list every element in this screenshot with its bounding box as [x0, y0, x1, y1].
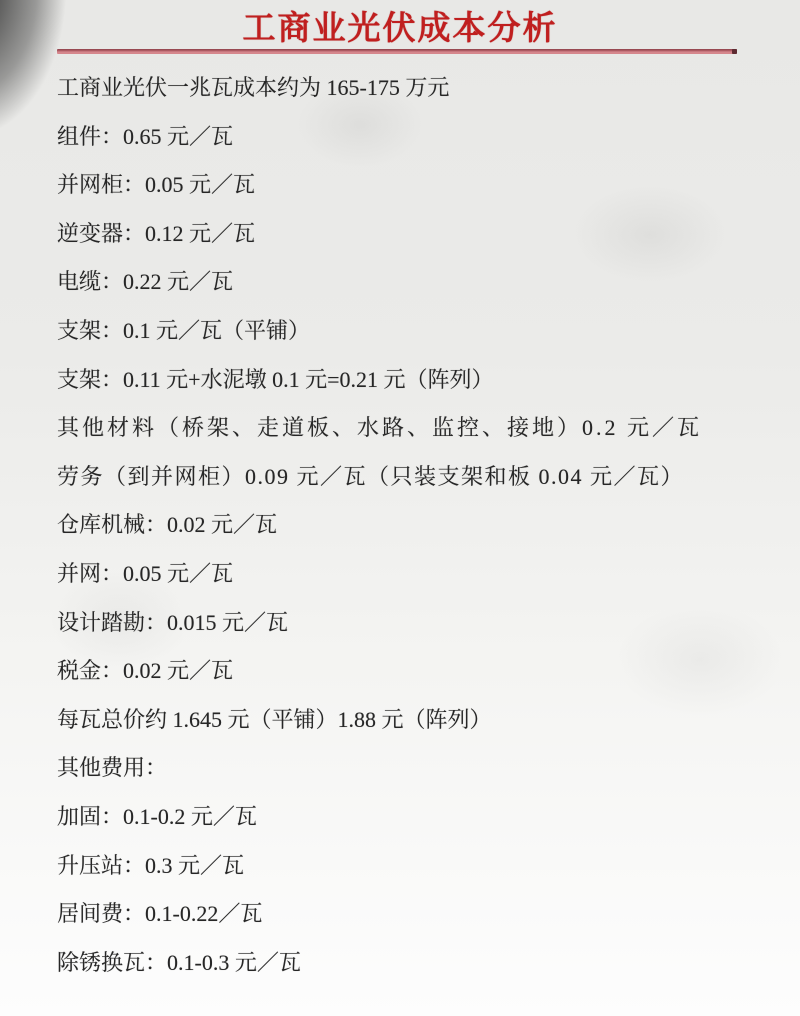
- doc-line-booster-station: 升压站：0.3 元／瓦: [57, 854, 760, 877]
- doc-line-rack-flat: 支架：0.1 元／瓦（平铺）: [57, 319, 760, 342]
- doc-line-grid-connect: 并网：0.05 元／瓦: [57, 562, 760, 585]
- doc-line-other-fees-head: 其他费用：: [57, 756, 760, 779]
- doc-line-labor: 劳务（到并网柜）0.09 元／瓦（只装支架和板 0.04 元／瓦）: [57, 465, 760, 488]
- document-header: 工商业光伏成本分析: [0, 0, 800, 47]
- doc-line-price-per-watt: 每瓦总价约 1.645 元（平铺）1.88 元（阵列）: [57, 708, 760, 731]
- doc-line-total-cost: 工商业光伏一兆瓦成本约为 165-175 万元: [57, 76, 760, 99]
- doc-line-tax: 税金：0.02 元／瓦: [57, 659, 760, 682]
- doc-line-warehouse: 仓库机械：0.02 元／瓦: [57, 513, 760, 536]
- document-body: 工商业光伏一兆瓦成本约为 165-175 万元 组件：0.65 元／瓦 并网柜：…: [0, 54, 800, 974]
- page-title: 工商业光伏成本分析: [243, 11, 558, 47]
- doc-line-modules: 组件：0.65 元／瓦: [57, 125, 760, 148]
- doc-line-design-survey: 设计踏勘：0.015 元／瓦: [57, 611, 760, 634]
- doc-line-inverter: 逆变器：0.12 元／瓦: [57, 222, 760, 245]
- doc-line-broker-fee: 居间费：0.1-0.22／瓦: [57, 902, 760, 925]
- doc-line-rack-array: 支架：0.11 元+水泥墩 0.1 元=0.21 元（阵列）: [57, 368, 760, 391]
- doc-line-cable: 电缆：0.22 元／瓦: [57, 270, 760, 293]
- doc-line-grid-cabinet: 并网柜：0.05 元／瓦: [57, 173, 760, 196]
- document-page: 工商业光伏成本分析 工商业光伏一兆瓦成本约为 165-175 万元 组件：0.6…: [0, 0, 800, 1016]
- title-underline: [57, 49, 737, 54]
- doc-line-reinforcement: 加固：0.1-0.2 元／瓦: [57, 805, 760, 828]
- doc-line-other-materials: 其他材料（桥架、走道板、水路、监控、接地）0.2 元／瓦: [57, 416, 760, 439]
- doc-line-rust-tile: 除锈换瓦：0.1-0.3 元／瓦: [57, 951, 760, 974]
